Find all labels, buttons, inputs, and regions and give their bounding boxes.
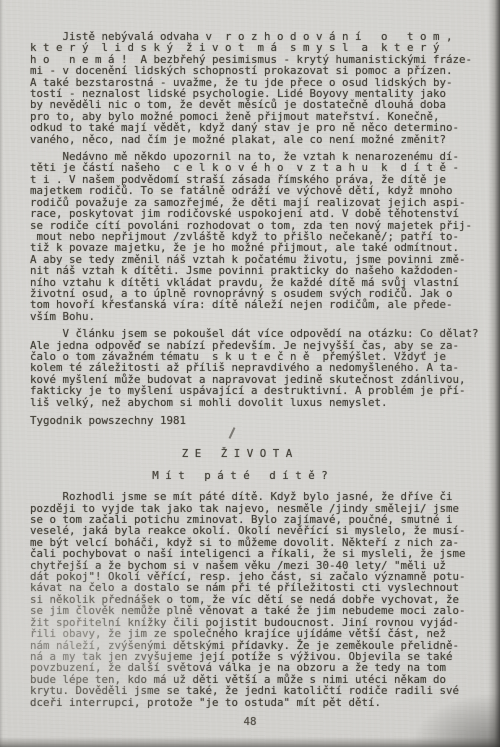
article-title: M í t p á t é d í t ě ? (10, 470, 470, 481)
scan-corner-shadow (410, 692, 500, 747)
section-heading: Z E Ž I V O T A (7, 448, 467, 459)
paragraph-4: Rozhodli jsme se mít páté dítě. Když byl… (30, 491, 490, 708)
scan-edge-left (0, 0, 3, 747)
page-scan: Jistě nebývalá odvaha v r o z h o d o v … (0, 0, 500, 747)
paragraph-1: Jistě nebývalá odvaha v r o z h o d o v … (30, 31, 490, 145)
source-citation: Tygodnik powszechny 1981 (30, 415, 490, 426)
paragraph-2: Nedávno mě někdo upozornil na to, že vzt… (30, 151, 490, 322)
paragraph-3: V článku jsem se pokoušel dát více odpov… (30, 328, 490, 408)
scan-shadow-right (488, 0, 500, 747)
article-body: Jistě nebývalá odvaha v r o z h o d o v … (30, 31, 490, 727)
